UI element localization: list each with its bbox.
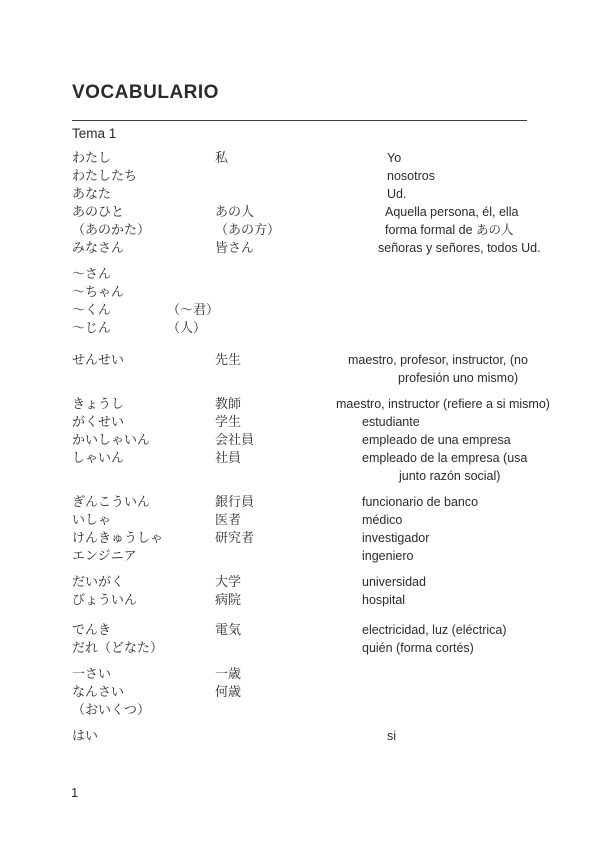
vocab-row: きょうし教師maestro, instructor (refiere a si … [0,395,599,413]
kana-cell: だれ（どなた） [72,639,163,657]
vocab-block: ～さん～ちゃん～くん（～君）～じん（人） [0,265,599,337]
vocab-row: けんきゅうしゃ研究者investigador [0,529,599,547]
kanji-cell: あの人 [215,203,254,221]
vocab-row: びょういん病院hospital [0,591,599,609]
vocab-block: わたし私YoわたしたちnosotrosあなたUd.あのひとあの人Aquella … [0,149,599,257]
kana-cell: ～さん [72,265,111,283]
spanish-cell: quién (forma cortés) [362,639,474,657]
vocab-block: せんせい先生maestro, profesor, instructor, (no… [0,351,599,387]
spanish-cell: forma formal de あの人 [385,221,514,239]
kana-cell: なんさい [72,683,124,701]
spanish-cell: ingeniero [362,547,413,565]
kanji-cell: 医者 [215,511,241,529]
kanji-cell: （人） [167,319,206,337]
kana-cell: だいがく [72,573,124,591]
vocab-row: （おいくつ） [0,701,599,719]
vocab-row: だれ（どなた）quién (forma cortés) [0,639,599,657]
vocab-row: みなさん皆さんseñoras y señores, todos Ud. [0,239,599,257]
vocab-row: しゃいん社員empleado de la empresa (usajunto r… [0,449,599,485]
spanish-cell: Ud. [387,185,406,203]
vocab-block: だいがく大学universidadびょういん病院hospital [0,573,599,609]
kana-cell: ～ちゃん [72,283,124,301]
vocab-row: はいsi [0,727,599,745]
vocab-block: はいsi [0,727,599,745]
vocab-row: 一さい一歳 [0,665,599,683]
vocab-list: わたし私YoわたしたちnosotrosあなたUd.あのひとあの人Aquella … [0,149,599,753]
kana-cell: わたしたち [72,167,137,185]
vocab-row: ぎんこういん銀行員funcionario de banco [0,493,599,511]
kanji-cell: （～君） [167,301,219,319]
vocab-block: ぎんこういん銀行員funcionario de bancoいしゃ医者médico… [0,493,599,565]
vocab-row: ～ちゃん [0,283,599,301]
kanji-cell: 教師 [215,395,241,413]
spanish-cell: si [387,727,396,745]
kanji-cell: 銀行員 [215,493,254,511]
kana-cell: いしゃ [72,511,111,529]
vocab-row: せんせい先生maestro, profesor, instructor, (no… [0,351,599,387]
kanji-cell: 研究者 [215,529,254,547]
kanji-cell: 会社員 [215,431,254,449]
kanji-cell: 一歳 [215,665,241,683]
kana-cell: みなさん [72,239,124,257]
spanish-cell: señoras y señores, todos Ud. [378,239,541,257]
kanji-cell: 先生 [215,351,241,369]
kana-cell: きょうし [72,395,124,413]
vocab-row: エンジニアingeniero [0,547,599,565]
vocab-block: 一さい一歳なんさい何歳（おいくつ） [0,665,599,719]
vocab-row: ～さん [0,265,599,283]
vocab-row: ～くん（～君） [0,301,599,319]
vocab-row: がくせい学生estudiante [0,413,599,431]
vocab-block: きょうし教師maestro, instructor (refiere a si … [0,395,599,485]
document-page: VOCABULARIO Tema 1 わたし私Yoわたしたちnosotrosあな… [0,0,599,848]
kana-cell: （おいくつ） [72,701,150,719]
spanish-cell-continuation: profesión uno mismo) [348,369,528,387]
kana-cell: けんきゅうしゃ [72,529,163,547]
spanish-cell: Aquella persona, él, ella [385,203,518,221]
kanji-cell: 皆さん [215,239,254,257]
spanish-cell-continuation: junto razón social) [362,467,527,485]
vocab-row: わたしたちnosotros [0,167,599,185]
kana-cell: ～くん [72,301,111,319]
vocab-row: （あのかた）（あの方）forma formal de あの人 [0,221,599,239]
vocab-row: わたし私Yo [0,149,599,167]
kana-cell: 一さい [72,665,111,683]
vocab-row: いしゃ医者médico [0,511,599,529]
kana-cell: びょういん [72,591,137,609]
spanish-cell: estudiante [362,413,420,431]
kanji-cell: 電気 [215,621,241,639]
vocab-row: でんき電気electricidad, luz (eléctrica) [0,621,599,639]
kana-cell: せんせい [72,351,124,369]
kana-cell: （あのかた） [72,221,150,239]
vocab-row: あのひとあの人Aquella persona, él, ella [0,203,599,221]
vocab-row: ～じん（人） [0,319,599,337]
spanish-cell: empleado de una empresa [362,431,511,449]
kana-cell: はい [72,727,98,745]
kanji-cell: （あの方） [215,221,280,239]
kana-cell: あなた [72,185,111,203]
page-number: 1 [71,785,78,801]
spanish-cell: médico [362,511,402,529]
vocab-row: なんさい何歳 [0,683,599,701]
document-title: VOCABULARIO [72,82,219,104]
section-divider [72,120,527,121]
kana-cell: わたし [72,149,111,167]
kanji-cell: 病院 [215,591,241,609]
vocab-block: でんき電気electricidad, luz (eléctrica)だれ（どなた… [0,621,599,657]
kanji-cell: 何歳 [215,683,241,701]
spanish-cell: maestro, profesor, instructor, (noprofes… [348,351,528,387]
spanish-cell: nosotros [387,167,435,185]
spanish-cell: funcionario de banco [362,493,478,511]
kanji-cell: 私 [215,149,228,167]
spanish-cell: electricidad, luz (eléctrica) [362,621,507,639]
kana-cell: エンジニア [72,547,137,565]
kanji-cell: 学生 [215,413,241,431]
kana-cell: しゃいん [72,449,124,467]
spanish-cell: universidad [362,573,426,591]
spanish-cell: hospital [362,591,405,609]
spanish-cell: investigador [362,529,429,547]
kana-cell: ぎんこういん [72,493,150,511]
kana-cell: がくせい [72,413,124,431]
kana-cell: でんき [72,621,111,639]
vocab-row: だいがく大学universidad [0,573,599,591]
spanish-cell: empleado de la empresa (usajunto razón s… [362,449,527,485]
vocab-row: あなたUd. [0,185,599,203]
kana-cell: あのひと [72,203,124,221]
spanish-cell: maestro, instructor (refiere a si mismo) [336,395,550,413]
spanish-cell: Yo [387,149,401,167]
kanji-cell: 社員 [215,449,241,467]
kana-cell: ～じん [72,319,111,337]
kana-cell: かいしゃいん [72,431,150,449]
vocab-row: かいしゃいん会社員empleado de una empresa [0,431,599,449]
section-heading: Tema 1 [72,126,116,141]
kanji-cell: 大学 [215,573,241,591]
